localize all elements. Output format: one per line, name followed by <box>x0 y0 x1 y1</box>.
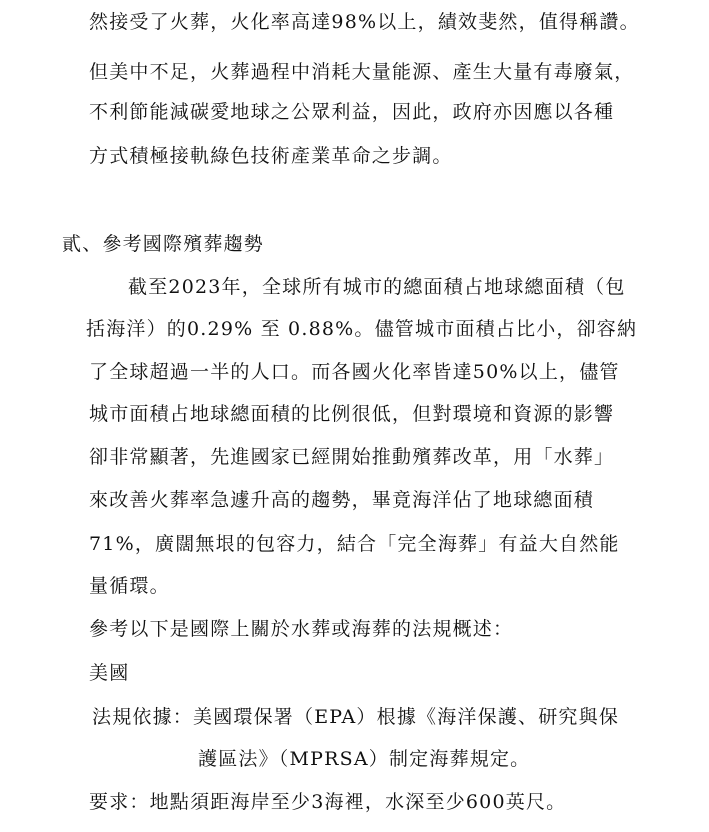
section-line-7: 71%，廣闊無垠的包容力，結合「完全海葬」有益大自然能 <box>89 532 620 556</box>
section-line-4: 城市面積占地球總面積的比例很低，但對環境和資源的影響 <box>89 402 614 426</box>
section-line-6: 來改善火葬率急遽升高的趨勢，畢竟海洋佔了地球總面積 <box>89 488 594 512</box>
section-line-8: 量循環。 <box>89 574 170 598</box>
section-line-2: 括海洋）的0.29% 至 0.88%。儘管城市面積占比小，卻容納 <box>86 317 637 341</box>
intro-line-2: 但美中不足，火葬過程中消耗大量能源、產生大量有毒廢氣， <box>89 60 634 84</box>
intro-line-3: 不利節能減碳愛地球之公眾利益，因此，政府亦因應以各種 <box>89 100 614 124</box>
section-line-5: 卻非常顯著，先進國家已經開始推動殯葬改革，用「水葬」 <box>89 445 614 469</box>
section-line-1: 截至2023年，全球所有城市的總面積占地球總面積（包 <box>128 275 626 299</box>
section-heading: 貳、參考國際殯葬趨勢 <box>62 232 264 256</box>
reference-intro: 參考以下是國際上關於水葬或海葬的法規概述： <box>89 617 513 641</box>
legal-basis-line-2: 護區法》（MPRSA）制定海葬規定。 <box>198 747 530 771</box>
intro-line-4: 方式積極接軌綠色技術產業革命之步調。 <box>89 144 453 168</box>
section-line-3: 了全球超過一半的人口。而各國火化率皆達50%以上，儘管 <box>89 360 620 384</box>
requirement-line: 要求：地點須距海岸至少3海裡，水深至少600英尺。 <box>89 790 566 814</box>
intro-line-1: 然接受了火葬，火化率高達98%以上，績效斐然，值得稱讚。 <box>89 10 640 34</box>
country-label: 美國 <box>89 661 129 685</box>
legal-basis-line-1: 法規依據：美國環保署（EPA）根據《海洋保護、研究與保 <box>92 705 619 729</box>
